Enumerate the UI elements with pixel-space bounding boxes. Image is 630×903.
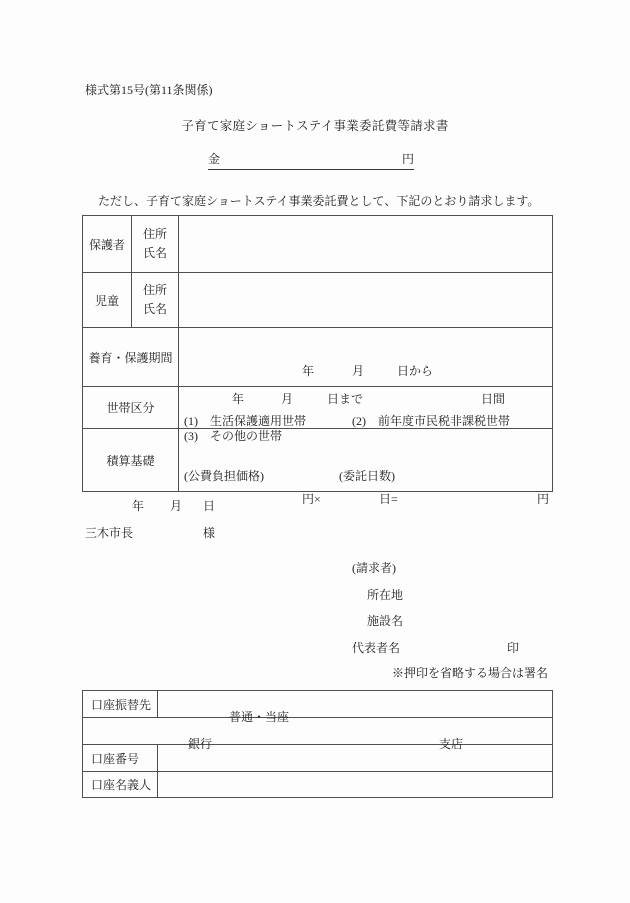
seal-label: 印 — [507, 641, 519, 655]
account-holder-value-cell — [158, 772, 553, 798]
account-number-value-cell — [158, 745, 553, 772]
account-holder-label: 口座名義人 — [83, 772, 158, 798]
seal-omission-note: ※押印を省略する場合は署名 — [392, 666, 548, 680]
requester-representative-label: 代表者名 — [352, 641, 400, 655]
account-holder-row: 口座名義人 — [83, 772, 553, 798]
document-page: 様式第15号(第11条関係) 子育て家庭ショートステイ事業委託費等請求書 金 円… — [0, 0, 630, 903]
requester-facility-label: 施設名 — [367, 614, 403, 628]
bank-branch-cell: 銀行 支店 — [83, 718, 553, 745]
account-type-cell: 普通・当座 — [158, 691, 553, 718]
bank-row: 銀行 支店 — [83, 718, 553, 745]
requester-heading: (請求者) — [352, 561, 396, 575]
branch-label: 支店 — [439, 737, 463, 751]
bank-label: 銀行 — [188, 737, 212, 751]
transfer-row: 口座振替先 普通・当座 — [83, 691, 553, 718]
account-table: 口座振替先 普通・当座 銀行 支店 口座番号 口座名義人 — [82, 690, 553, 798]
account-number-label: 口座番号 — [83, 745, 158, 772]
account-number-row: 口座番号 — [83, 745, 553, 772]
requester-address-label: 所在地 — [367, 588, 403, 602]
account-type-label: 普通・当座 — [229, 710, 289, 724]
transfer-label: 口座振替先 — [83, 691, 158, 718]
